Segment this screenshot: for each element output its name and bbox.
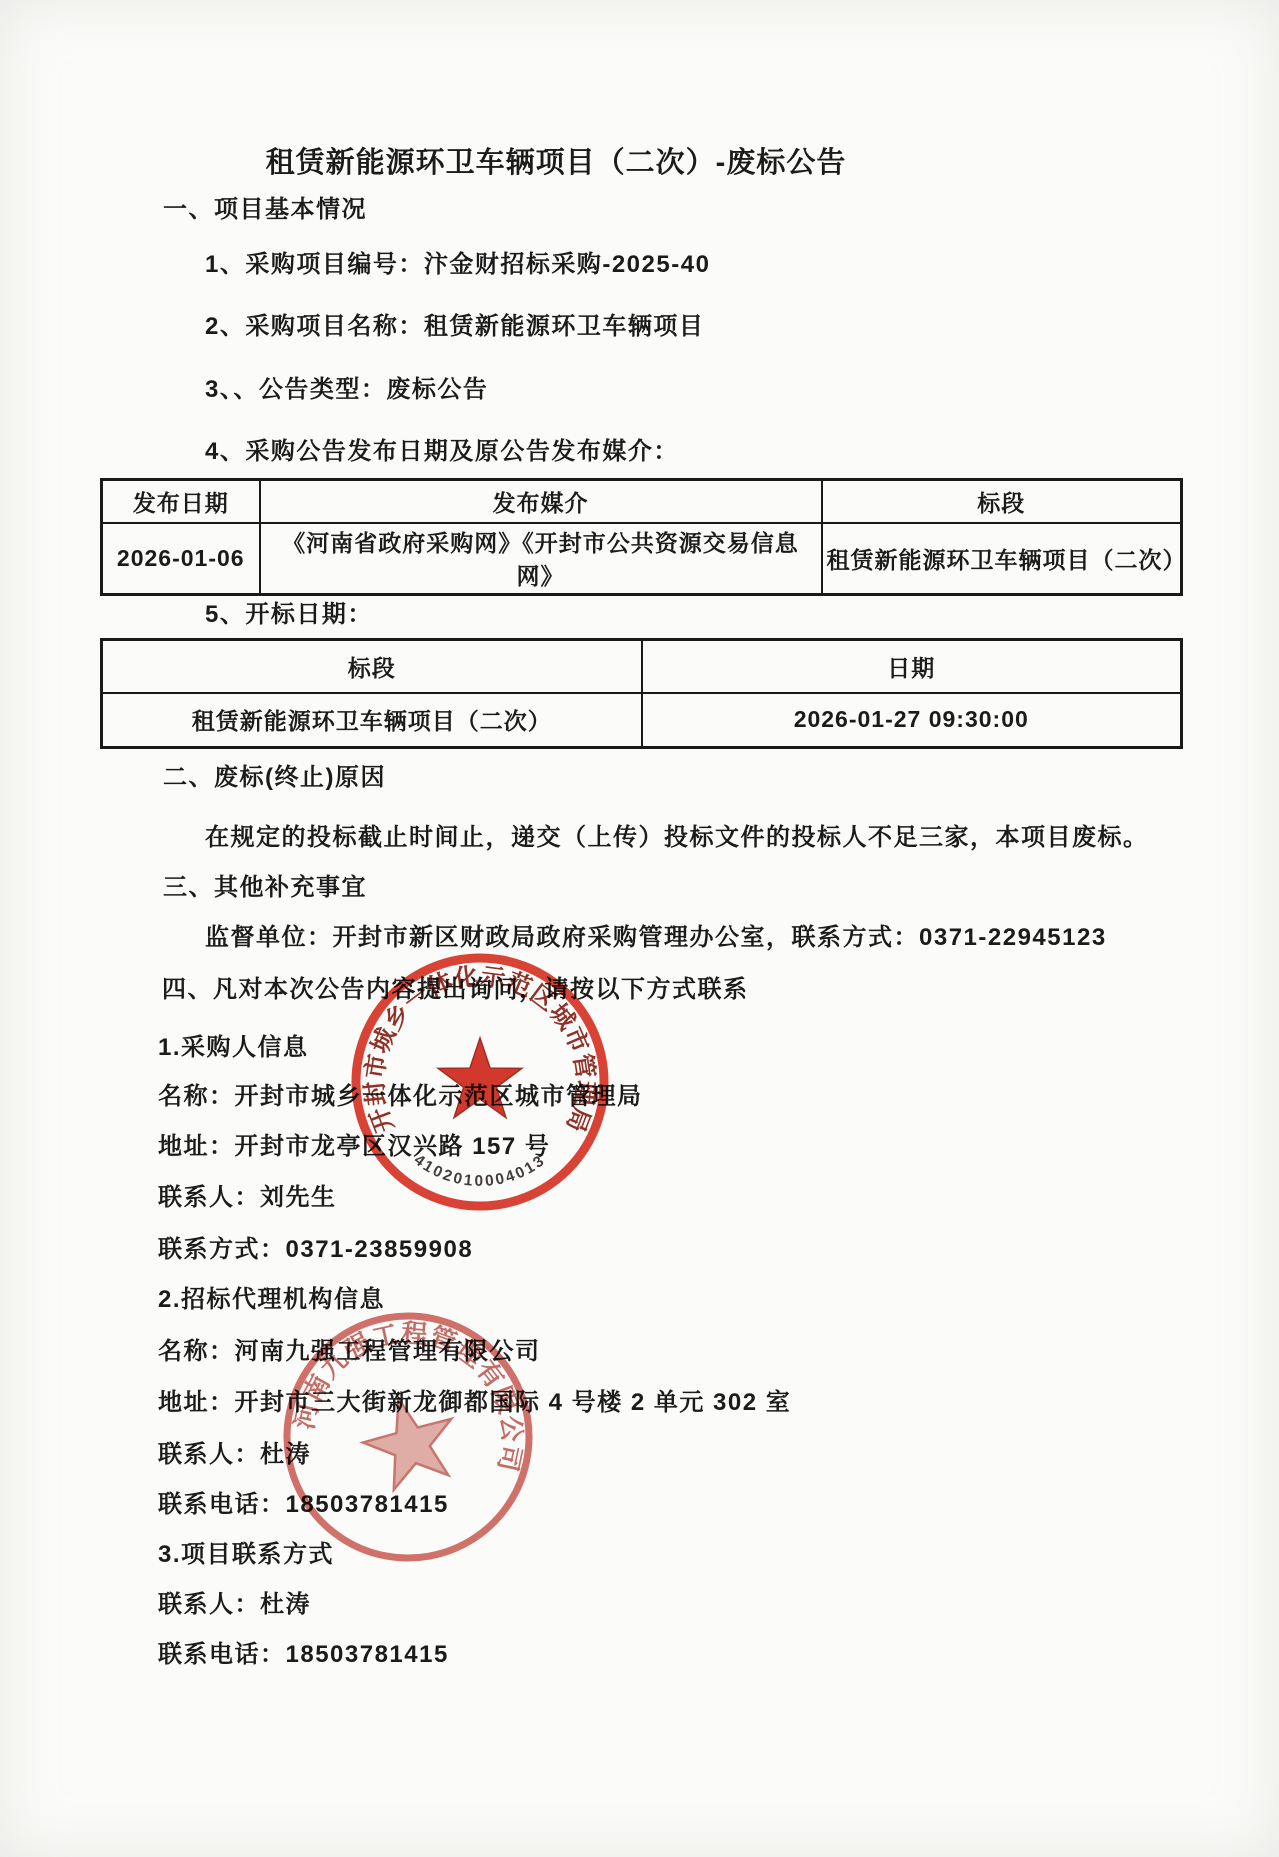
opening-date-table: 标段 日期 租赁新能源环卫车辆项目（二次） 2026-01-27 09:30:0… xyxy=(100,638,1183,749)
header-publish-media: 发布媒介 xyxy=(260,480,822,523)
section1-heading: 一、项目基本情况 xyxy=(163,193,367,227)
cell-publish-media: 《河南省政府采购网》《开封市公共资源交易信息网》 xyxy=(260,523,822,595)
section3-heading: 三、其他补充事宜 xyxy=(163,871,367,905)
header-date: 日期 xyxy=(642,640,1182,693)
scanned-announcement-page: 租赁新能源环卫车辆项目（二次）-废标公告 一、项目基本情况 1、采购项目编号：汴… xyxy=(0,0,1279,1857)
header-publish-date: 发布日期 xyxy=(102,480,260,523)
table-row: 租赁新能源环卫车辆项目（二次） 2026-01-27 09:30:00 xyxy=(102,693,1182,748)
section2-reason-text: 在规定的投标截止时间止，递交（上传）投标文件的投标人不足三家，本项目废标。 xyxy=(205,821,1149,855)
purchaser-address: 地址：开封市龙亭区汉兴路 157 号 xyxy=(158,1130,550,1164)
project-contact: 联系人：杜涛 xyxy=(158,1588,311,1622)
agency-address: 地址：开封市三大街新龙御都国际 4 号楼 2 单元 302 室 xyxy=(158,1386,791,1420)
section4-heading: 四、凡对本次公告内容提出询问，请按以下方式联系 xyxy=(162,973,749,1007)
header-lot: 标段 xyxy=(822,480,1182,523)
table-header-row: 标段 日期 xyxy=(102,640,1182,693)
agency-name: 名称：河南九强工程管理有限公司 xyxy=(158,1335,541,1369)
section1-item-opening-date: 5、开标日期： xyxy=(205,598,373,632)
purchaser-name: 名称：开封市城乡一体化示范区城市管理局 xyxy=(158,1080,643,1114)
agency-phone: 联系电话：18503781415 xyxy=(158,1488,449,1522)
section1-item-publish-info: 4、采购公告发布日期及原公告发布媒介： xyxy=(205,435,679,469)
agency-contact: 联系人：杜涛 xyxy=(158,1438,311,1472)
cell-opening-datetime: 2026-01-27 09:30:00 xyxy=(642,693,1182,748)
section1-item-notice-type: 3、、公告类型：废标公告 xyxy=(205,373,488,407)
cell-lot: 租赁新能源环卫车辆项目（二次） xyxy=(822,523,1182,595)
purchaser-contact: 联系人：刘先生 xyxy=(158,1181,337,1215)
project-contact-label: 3.项目联系方式 xyxy=(158,1538,334,1572)
publish-info-table: 发布日期 发布媒介 标段 2026-01-06 《河南省政府采购网》《开封市公共… xyxy=(100,478,1183,596)
section2-heading: 二、废标(终止)原因 xyxy=(163,761,386,795)
section1-item-project-name: 2、采购项目名称：租赁新能源环卫车辆项目 xyxy=(205,310,704,344)
cell-lot: 租赁新能源环卫车辆项目（二次） xyxy=(102,693,642,748)
supervision-unit-text: 监督单位：开封市新区财政局政府采购管理办公室，联系方式：0371-2294512… xyxy=(205,921,1107,955)
table-header-row: 发布日期 发布媒介 标段 xyxy=(102,480,1182,523)
table-row: 2026-01-06 《河南省政府采购网》《开封市公共资源交易信息网》 租赁新能… xyxy=(102,523,1182,595)
purchaser-phone: 联系方式：0371-23859908 xyxy=(158,1233,473,1267)
header-lot: 标段 xyxy=(102,640,642,693)
section1-item-project-number: 1、采购项目编号：汴金财招标采购-2025-40 xyxy=(205,248,710,282)
cell-publish-date: 2026-01-06 xyxy=(102,523,260,595)
purchaser-info-label: 1.采购人信息 xyxy=(158,1031,309,1065)
project-phone: 联系电话：18503781415 xyxy=(158,1638,449,1672)
page-title: 租赁新能源环卫车辆项目（二次）-废标公告 xyxy=(0,140,1112,181)
agency-info-label: 2.招标代理机构信息 xyxy=(158,1283,385,1317)
